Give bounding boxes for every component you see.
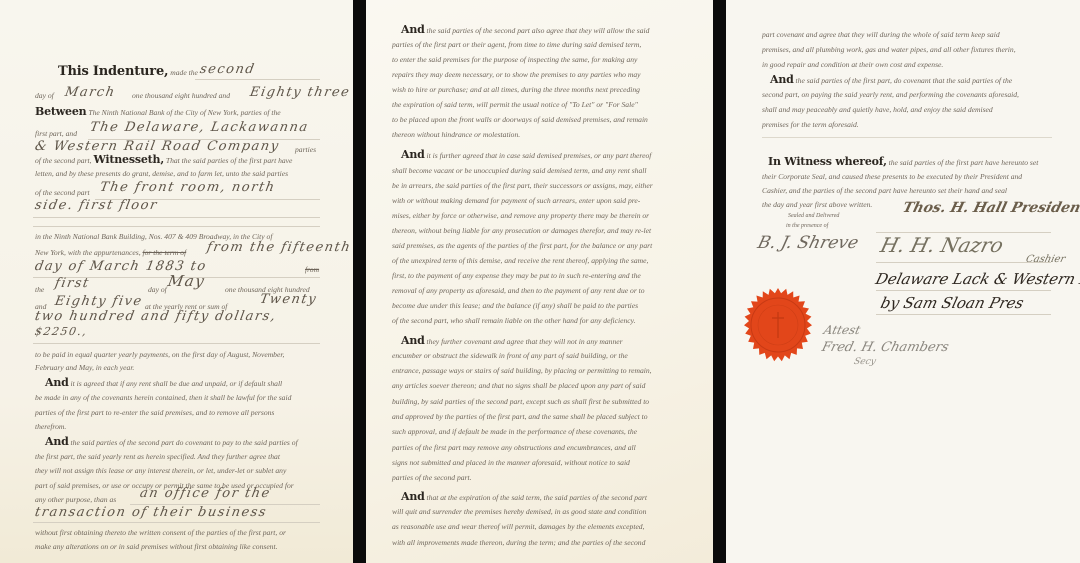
sealed-delivered-label: Sealed and Delivered	[788, 212, 839, 221]
cashier-title: Cashier	[1025, 254, 1067, 265]
para-line: repairs they may deem necessary, or to s…	[392, 67, 641, 82]
para-line: And it is further agreed that in case sa…	[401, 147, 651, 163]
signature-line	[876, 262, 1051, 263]
by-signature: by Sam Sloan Pres	[879, 294, 1026, 312]
and-heading: And	[401, 490, 425, 503]
payment-line2: February and May, in each year.	[35, 360, 134, 375]
year-value: Eighty three	[249, 85, 352, 100]
premises-line1: The front room, north	[99, 180, 277, 195]
day-of-label: day of	[148, 282, 167, 297]
para-line: second part, on paying the said yearly r…	[762, 87, 1019, 102]
para-text: the said parties of the first part, do c…	[796, 76, 1013, 85]
divider	[762, 137, 1052, 138]
the-label: the	[35, 282, 44, 297]
rent-line1: Twenty	[259, 292, 319, 307]
para-line: part covenant and agree that they will d…	[762, 27, 1000, 42]
cashier-signature: H. H. Nazro	[878, 233, 1006, 257]
signature-line	[876, 290, 1051, 291]
and-heading: And	[45, 376, 69, 389]
attest-label: Attest	[822, 323, 862, 337]
between-line: Between The Ninth National Bank of the C…	[35, 104, 281, 120]
para-line: thereon, without being liable for any pr…	[392, 223, 651, 238]
para-text: the said parties of the second part also…	[427, 26, 650, 35]
para-text: the said parties of the first part have …	[889, 158, 1039, 167]
para-text: that at the expiration of the said term,…	[427, 493, 647, 502]
letten-text: letten, and by these presents do grant, …	[35, 166, 288, 181]
para-line: any articles soever thereon; and that no…	[392, 378, 645, 393]
para-line: signs not submitted and placed in the ma…	[392, 455, 630, 470]
para-line: of the second part, who shall remain lia…	[392, 313, 636, 328]
para-line: parties of the first part or their agent…	[392, 37, 641, 52]
ny-line: New York, with the appurtenances, for th…	[35, 245, 186, 260]
premises-line2: side. first floor	[34, 198, 159, 213]
witnesseth-text: That the said parties of the first part …	[166, 156, 293, 165]
para-line: said premises, as the agents of the part…	[392, 238, 652, 253]
fill-line	[195, 79, 320, 80]
para-line: parties of the first part to re-enter th…	[35, 405, 274, 420]
para-line: the first part, the said yearly rent as …	[35, 449, 280, 464]
para-line: therefrom.	[35, 419, 66, 434]
para-line: such approval, and if default be made in…	[392, 424, 637, 439]
month-value: March	[64, 85, 117, 100]
day-value: second	[199, 62, 257, 77]
para-line: to be placed upon the front walls or doo…	[392, 112, 648, 127]
witness-signature: B. J. Shreve	[756, 233, 861, 253]
para-line: mises, either by force or otherwise, and…	[392, 208, 649, 223]
para-line: shall and may peaceably and quietly have…	[762, 102, 993, 117]
year-prefix: one thousand eight hundred and	[132, 88, 230, 103]
para-line: premises, and all plumbing work, gas and…	[762, 42, 1016, 57]
para-line: first, to the payment of any expense the…	[392, 268, 641, 283]
para-line: And the said parties of the second part …	[401, 22, 649, 38]
president-signature: Thos. H. Hall President	[901, 200, 1080, 216]
closing-line: without first obtaining thereto the writ…	[35, 525, 286, 540]
attest-signature: Fred. H. Chambers	[820, 340, 950, 355]
made-the-label: made the	[170, 68, 198, 77]
this-indenture-heading: This Indenture,	[58, 64, 168, 79]
para-line: parties of the first part may remove any…	[392, 440, 636, 455]
day-of-label: day of	[35, 88, 54, 103]
para-line: will quit and surrender the premises her…	[392, 504, 646, 519]
para-line: shall become vacant or be unoccupied dur…	[392, 163, 647, 178]
rent-line3: $2250.,	[34, 325, 89, 338]
of-second-part-label: of the second part,	[35, 156, 92, 165]
para-line: thereon without hindrance or molestation…	[392, 127, 520, 142]
term-from: from the fifteenth	[206, 240, 353, 255]
para-line: Cashier, and the parties of the second p…	[762, 183, 1007, 198]
and-heading: And	[401, 23, 425, 36]
para-line: in good repair and condition at their ow…	[762, 57, 943, 72]
para-line: the day and year first above written.	[762, 197, 872, 212]
para-line: with or without making demand for paymen…	[392, 193, 640, 208]
para-line: be made in any of the covenants herein c…	[35, 390, 291, 405]
indenture-heading-line: This Indenture, made the	[58, 64, 198, 80]
end-day: first	[54, 276, 91, 291]
ny-text: New York, with the appurtenances,	[35, 248, 141, 257]
para-line: they will not assign this lease or any i…	[35, 463, 286, 478]
para-line: And the said parties of the second part …	[45, 434, 298, 450]
para-line: and approved by the parties of the first…	[392, 409, 648, 424]
fill-line	[33, 226, 320, 227]
para-line: In Witness whereof, the said parties of …	[768, 154, 1038, 170]
para-line: premises for the term aforesaid.	[762, 117, 859, 132]
para-line: their Corporate Seal, and caused these p…	[762, 169, 1022, 184]
para-line: And they further covenant and agree that…	[401, 333, 623, 349]
closing-line: make any alterations on or in said premi…	[35, 539, 278, 554]
struck-term: for the term of	[143, 248, 187, 257]
para-line: And that at the expiration of the said t…	[401, 489, 647, 505]
para-line: become due under this lease; and the bal…	[392, 298, 638, 313]
purpose-line2: transaction of their business	[34, 505, 269, 520]
struck-from: from	[305, 262, 319, 277]
between-text: The Ninth National Bank of the City of N…	[88, 108, 280, 117]
party2-line1: The Delaware, Lackawanna	[89, 120, 310, 135]
end-month: May	[166, 272, 206, 290]
end-year: Eighty five	[54, 294, 144, 309]
para-line: of the unexpired term of this demise, an…	[392, 253, 648, 268]
para-text: they further covenant and agree that the…	[427, 337, 623, 346]
attest-title: Secy	[853, 357, 877, 367]
para-line: And the said parties of the first part, …	[770, 72, 1012, 88]
lease-page-1: This Indenture, made the second day of M…	[0, 0, 353, 563]
para-line: building, by said parties of the second …	[392, 394, 649, 409]
lease-page-2: And the said parties of the second part …	[366, 0, 713, 563]
lease-page-3: part covenant and agree that they will d…	[726, 0, 1080, 563]
fill-line	[33, 217, 320, 218]
in-presence-of-label: in the presence of	[786, 222, 828, 231]
para-text: it is further agreed that in case said d…	[427, 151, 652, 160]
witnesseth-heading: Witnesseth,	[93, 153, 164, 166]
para-line: the expiration of said term, will permit…	[392, 97, 638, 112]
signature-line	[876, 314, 1051, 315]
in-witness-whereof-heading: In Witness whereof,	[768, 155, 887, 168]
and-heading: And	[770, 73, 794, 86]
railroad-signature: Delaware Lack & Western RR Co	[874, 270, 1080, 288]
para-line: encumber or obstruct the sidewalk in fro…	[392, 348, 628, 363]
para-line: as reasonable use and wear thereof will …	[392, 519, 645, 534]
rent-line2: two hundred and fifty dollars,	[34, 309, 278, 324]
corporate-seal-icon	[738, 288, 818, 368]
purpose-line1: an office for the	[139, 486, 272, 501]
para-line: removal of any property as aforesaid, an…	[392, 283, 645, 298]
parties-label: parties	[295, 142, 316, 157]
para-line: wish to hire or purchase; and at all tim…	[392, 82, 640, 97]
fill-line	[33, 343, 320, 344]
para-line: And it is agreed that if any rent shall …	[45, 375, 282, 391]
para-line: to enter the said premises for the purpo…	[392, 52, 637, 67]
para-line: be in arrears, the said parties of the f…	[392, 178, 653, 193]
para-text: it is agreed that if any rent shall be d…	[71, 379, 283, 388]
and-heading: And	[45, 435, 69, 448]
and-heading: And	[401, 148, 425, 161]
between-heading: Between	[35, 105, 86, 118]
para-line: entrance, passage ways or stairs of said…	[392, 363, 652, 378]
para-line: parties of the second part.	[392, 470, 472, 485]
fill-line	[33, 522, 320, 523]
para-line: with all improvements made thereon, duri…	[392, 535, 645, 550]
para-text: the said parties of the second part do c…	[71, 438, 298, 447]
and-heading: And	[401, 334, 425, 347]
